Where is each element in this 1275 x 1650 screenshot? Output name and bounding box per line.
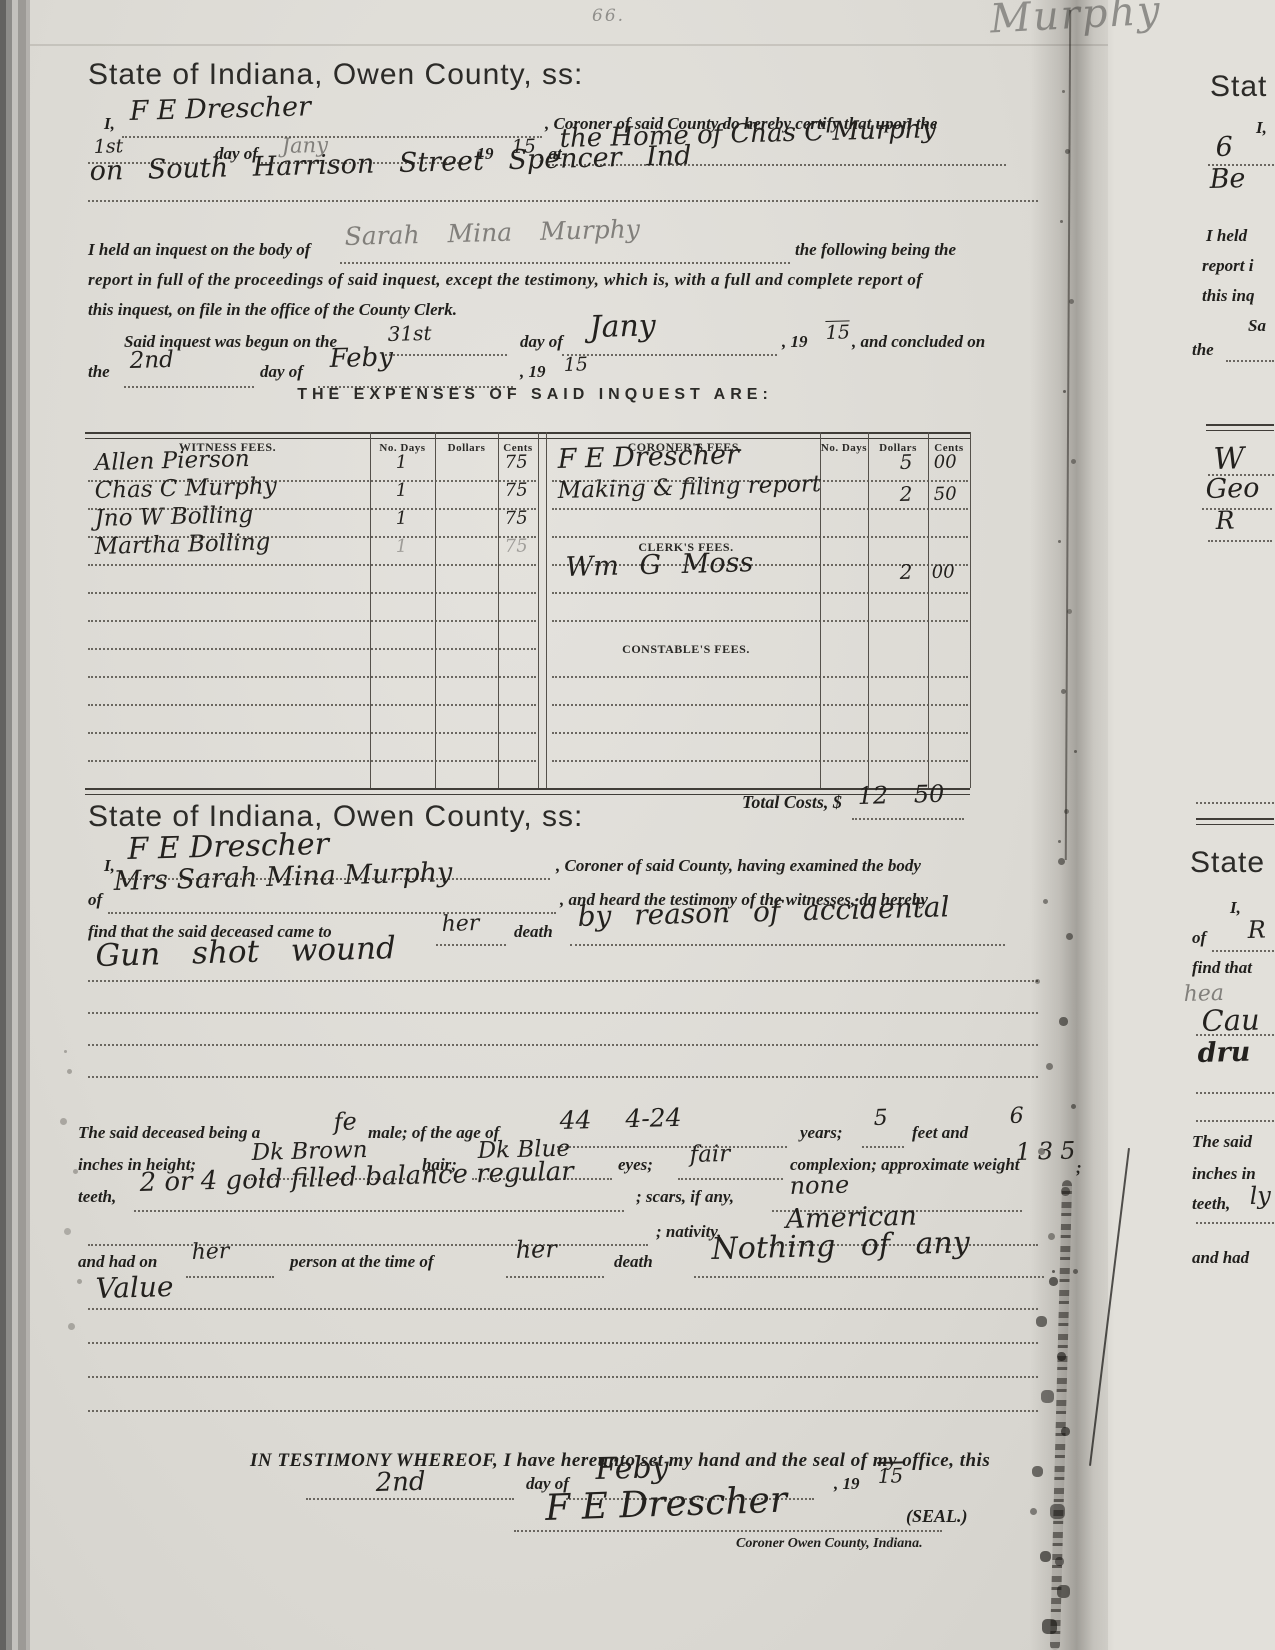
table-row-rule	[88, 620, 536, 622]
dotted-rule	[852, 818, 964, 820]
desc-person-label: person at the time of	[290, 1252, 434, 1272]
rp-inches-in: inches in	[1192, 1164, 1256, 1184]
col-no-days: No. Days	[820, 442, 868, 454]
table-row-rule	[552, 676, 968, 678]
dotted-rule	[1196, 802, 1274, 804]
coroner-title: Coroner Owen County, Indiana.	[736, 1536, 923, 1552]
table-row-rule	[88, 704, 536, 706]
s2-death-label: death	[514, 922, 553, 942]
desc-teeth-label: teeth,	[78, 1187, 116, 1207]
dotted-rule	[1196, 1034, 1274, 1036]
dotted-rule	[562, 354, 777, 356]
rp-teeth: teeth,	[1192, 1194, 1230, 1214]
desc-weight-handwritten: 135	[1015, 1136, 1083, 1166]
blank-line-rule	[88, 1076, 1038, 1078]
col-dollars: Dollars	[435, 442, 498, 454]
s1-inquest-post: the following being the	[795, 240, 956, 260]
s1-concluded-the: the	[88, 362, 110, 382]
coroner-row-name: F E Drescher	[557, 439, 739, 475]
desc-age-handwritten: 44 4-24	[559, 1103, 682, 1135]
desc-effects2-handwritten: Value	[95, 1270, 174, 1305]
blank-line-rule	[88, 1012, 1038, 1014]
total-costs-value: 12 50	[857, 780, 944, 810]
scanned-document: 66. Murphy State of Indiana, Owen County…	[0, 0, 1275, 1650]
rp-i2: I,	[1230, 898, 1241, 918]
rp-this-inq: this inq	[1202, 286, 1254, 306]
s1-inquest-line3: this inquest, on file in the office of t…	[88, 300, 457, 320]
table-row-rule	[88, 676, 536, 678]
desc-being-a: The said deceased being a	[78, 1123, 260, 1143]
blank-line-rule	[88, 1342, 1038, 1344]
dotted-rule	[382, 354, 507, 356]
testimony-year-handwritten: 15	[877, 1463, 903, 1488]
desc-had-on-label: and had on	[78, 1252, 157, 1272]
s1-begun-month-handwritten: Jany	[589, 308, 656, 345]
expenses-title: THE EXPENSES OF SAID INQUEST ARE:	[245, 386, 825, 404]
witness-row-days: 1	[395, 536, 407, 557]
testimony-day-handwritten: 2nd	[375, 1467, 426, 1498]
blank-line-rule	[88, 1376, 1038, 1378]
desc-years-label: years;	[800, 1123, 842, 1143]
table-row-rule	[552, 536, 968, 538]
table-divider-line	[538, 432, 539, 788]
rp-hw9: dru	[1197, 1037, 1251, 1069]
desc-her3-handwritten: her	[515, 1235, 557, 1264]
dotted-rule	[122, 136, 542, 138]
page-number-annotation: 66.	[592, 6, 625, 26]
dotted-rule	[1208, 540, 1272, 542]
clerk-row-dollars: 2	[899, 560, 912, 584]
table-column-line	[928, 432, 929, 788]
table-column-line	[498, 432, 499, 788]
dotted-rule	[124, 386, 254, 388]
rp-hw6: R	[1247, 916, 1266, 944]
coroner-row-cents: 50	[933, 483, 956, 505]
witness-row-name: Chas C Murphy	[94, 473, 277, 504]
dotted-rule	[552, 1146, 787, 1148]
s1-concluded-day-handwritten: 2nd	[129, 347, 174, 374]
rp-hw10: ly	[1249, 1181, 1271, 1210]
dotted-rule	[88, 980, 1038, 982]
s1-inquest-pre: I held an inquest on the body of	[88, 240, 310, 260]
s1-begun-year-handwritten: 15	[825, 321, 850, 344]
table-row-rule	[552, 620, 968, 622]
s1-concluded-year-handwritten: 15	[563, 353, 588, 376]
speckle-cluster	[1062, 90, 1065, 93]
s1-inquest-line2: report in full of the proceedings of sai…	[88, 270, 922, 290]
dotted-rule	[340, 262, 790, 264]
dotted-rule	[514, 1530, 942, 1532]
paper-right-page	[1108, 0, 1275, 1650]
desc-scars-handwritten: none	[789, 1170, 849, 1200]
desc-feet-label: feet and	[912, 1123, 968, 1143]
rp-of: of	[1192, 928, 1206, 948]
right-page-heading2: State	[1190, 846, 1265, 880]
rp-i1: I,	[1256, 118, 1267, 138]
desc-her2-handwritten: her	[191, 1239, 229, 1265]
dotted-rule	[506, 1276, 604, 1278]
s1-coroner-name-handwritten: F E Drescher	[129, 91, 311, 127]
coroner-signature: F E Drescher	[545, 1480, 788, 1529]
dotted-rule	[306, 1498, 514, 1500]
blank-line-rule	[88, 1044, 1038, 1046]
rp-double-rule	[1206, 424, 1274, 431]
table-row-rule	[552, 508, 968, 510]
table-row-rule	[88, 648, 536, 650]
table-row-rule	[552, 732, 968, 734]
s1-concluded-month-handwritten: Feby	[329, 342, 393, 374]
rp-hw2: Be	[1209, 163, 1246, 195]
rp-hw8: Cau	[1201, 1002, 1260, 1038]
dotted-rule	[186, 1276, 274, 1278]
dotted-rule	[1196, 1092, 1274, 1094]
rp-double-rule	[1196, 818, 1274, 825]
rp-hw1: 6	[1215, 132, 1233, 163]
dotted-rule	[1226, 360, 1274, 362]
constables-fees-header: CONSTABLE'S FEES.	[552, 642, 820, 657]
dotted-rule	[1212, 950, 1274, 952]
desc-weight-semicolon: ;	[1076, 1158, 1082, 1178]
dotted-rule	[1202, 508, 1272, 510]
speckle-cluster	[64, 1050, 67, 1053]
dotted-rule	[108, 912, 556, 914]
right-page-heading1: Stat	[1210, 70, 1267, 104]
witness-row-name: Allen Pierson	[94, 446, 250, 476]
rp-the-said: The said	[1192, 1132, 1252, 1152]
dotted-rule	[1196, 1120, 1274, 1122]
dotted-rule	[1196, 1222, 1274, 1224]
witness-row-cents: 75	[504, 535, 527, 557]
rp-report: report i	[1202, 256, 1253, 276]
witness-row-days: 1	[395, 452, 407, 473]
coroner-row-dollars: 2	[899, 482, 912, 506]
dotted-rule	[436, 944, 506, 946]
rp-the: the	[1192, 340, 1214, 360]
desc-complexion-handwritten: fair	[689, 1141, 730, 1168]
s2-her-handwritten: her	[441, 911, 479, 937]
rp-and-had: and had	[1192, 1248, 1249, 1268]
rp-sa: Sa	[1248, 316, 1266, 336]
desc-eyes-label: eyes;	[618, 1155, 653, 1175]
s2-of-label: of	[88, 890, 102, 910]
dotted-rule	[862, 1146, 904, 1148]
witness-row-days: 1	[395, 508, 407, 529]
dotted-rule	[88, 1308, 1038, 1310]
s1-i-label: I,	[104, 114, 115, 134]
desc-feet-handwritten: 5	[873, 1106, 888, 1131]
witness-row-name: Jno W Bolling	[94, 502, 253, 532]
scan-edge-strip	[0, 0, 30, 1650]
section2-heading: State of Indiana, Owen County, ss:	[88, 800, 583, 834]
dotted-rule	[694, 1276, 1044, 1278]
table-divider-line	[546, 432, 547, 788]
coroner-row-dollars: 5	[899, 450, 912, 474]
table-row-rule	[88, 760, 536, 762]
s1-begun-post: , and concluded on	[852, 332, 985, 352]
witness-row-cents: 75	[504, 479, 527, 501]
total-costs-label: Total Costs, $	[742, 792, 842, 813]
s1-concluded-year-print: , 19	[520, 362, 546, 382]
dotted-rule	[134, 1210, 624, 1212]
dotted-rule	[678, 1178, 783, 1180]
desc-scars-label: ; scars, if any,	[636, 1187, 734, 1207]
rp-hw4: Geo	[1205, 473, 1260, 505]
rp-hw5: R	[1215, 506, 1235, 535]
dotted-rule	[570, 944, 1005, 946]
clerk-row-name: Wm G Moss	[565, 547, 753, 583]
s1-begun-year-print: , 19	[782, 332, 808, 352]
s1-begun-day-handwritten: 31st	[387, 321, 431, 346]
witness-row-cents: 75	[504, 507, 527, 529]
table-row-rule	[552, 760, 968, 762]
speckle-cluster	[1058, 840, 1061, 843]
blank-line-rule	[88, 1410, 1038, 1412]
testimony-year-print: , 19	[834, 1474, 860, 1494]
table-row-rule	[552, 592, 968, 594]
speckle-cluster	[1052, 1270, 1055, 1273]
section1-heading: State of Indiana, Owen County, ss:	[88, 58, 583, 92]
witness-row-days: 1	[395, 480, 407, 501]
table-row-rule	[88, 564, 536, 566]
table-top-rule	[85, 432, 970, 439]
desc-death-label2: death	[614, 1252, 653, 1272]
col-dollars: Dollars	[868, 442, 928, 454]
table-row-rule	[88, 592, 536, 594]
dotted-rule	[88, 1244, 648, 1246]
seal-label: (SEAL.)	[906, 1506, 968, 1527]
rp-hw3: W	[1213, 441, 1245, 477]
desc-inches-handwritten: 6	[1009, 1104, 1024, 1129]
table-row-rule	[88, 732, 536, 734]
desc-effects-handwritten: Nothing of any	[711, 1225, 970, 1267]
table-column-line	[370, 432, 371, 788]
dotted-rule	[88, 200, 1038, 202]
witness-row-cents: 75	[504, 451, 527, 473]
s1-begun-day-of: day of	[520, 332, 563, 352]
clerk-row-cents: 00	[931, 561, 954, 583]
coroner-row-cents: 00	[933, 451, 956, 473]
rp-held: I held	[1206, 226, 1247, 246]
table-column-line	[970, 432, 971, 788]
witness-row-name: Martha Bolling	[94, 529, 270, 560]
horizontal-crease	[30, 44, 1108, 46]
table-column-line	[868, 432, 869, 788]
table-column-line	[435, 432, 436, 788]
desc-sex-handwritten: fe	[333, 1107, 357, 1136]
s2-examined-text: , Coroner of said County, having examine…	[556, 856, 921, 876]
testimony-month-handwritten: Feby	[595, 1450, 669, 1487]
rp-find-that: find that	[1192, 958, 1252, 978]
table-row-rule	[552, 704, 968, 706]
s1-concluded-day-of: day of	[260, 362, 303, 382]
